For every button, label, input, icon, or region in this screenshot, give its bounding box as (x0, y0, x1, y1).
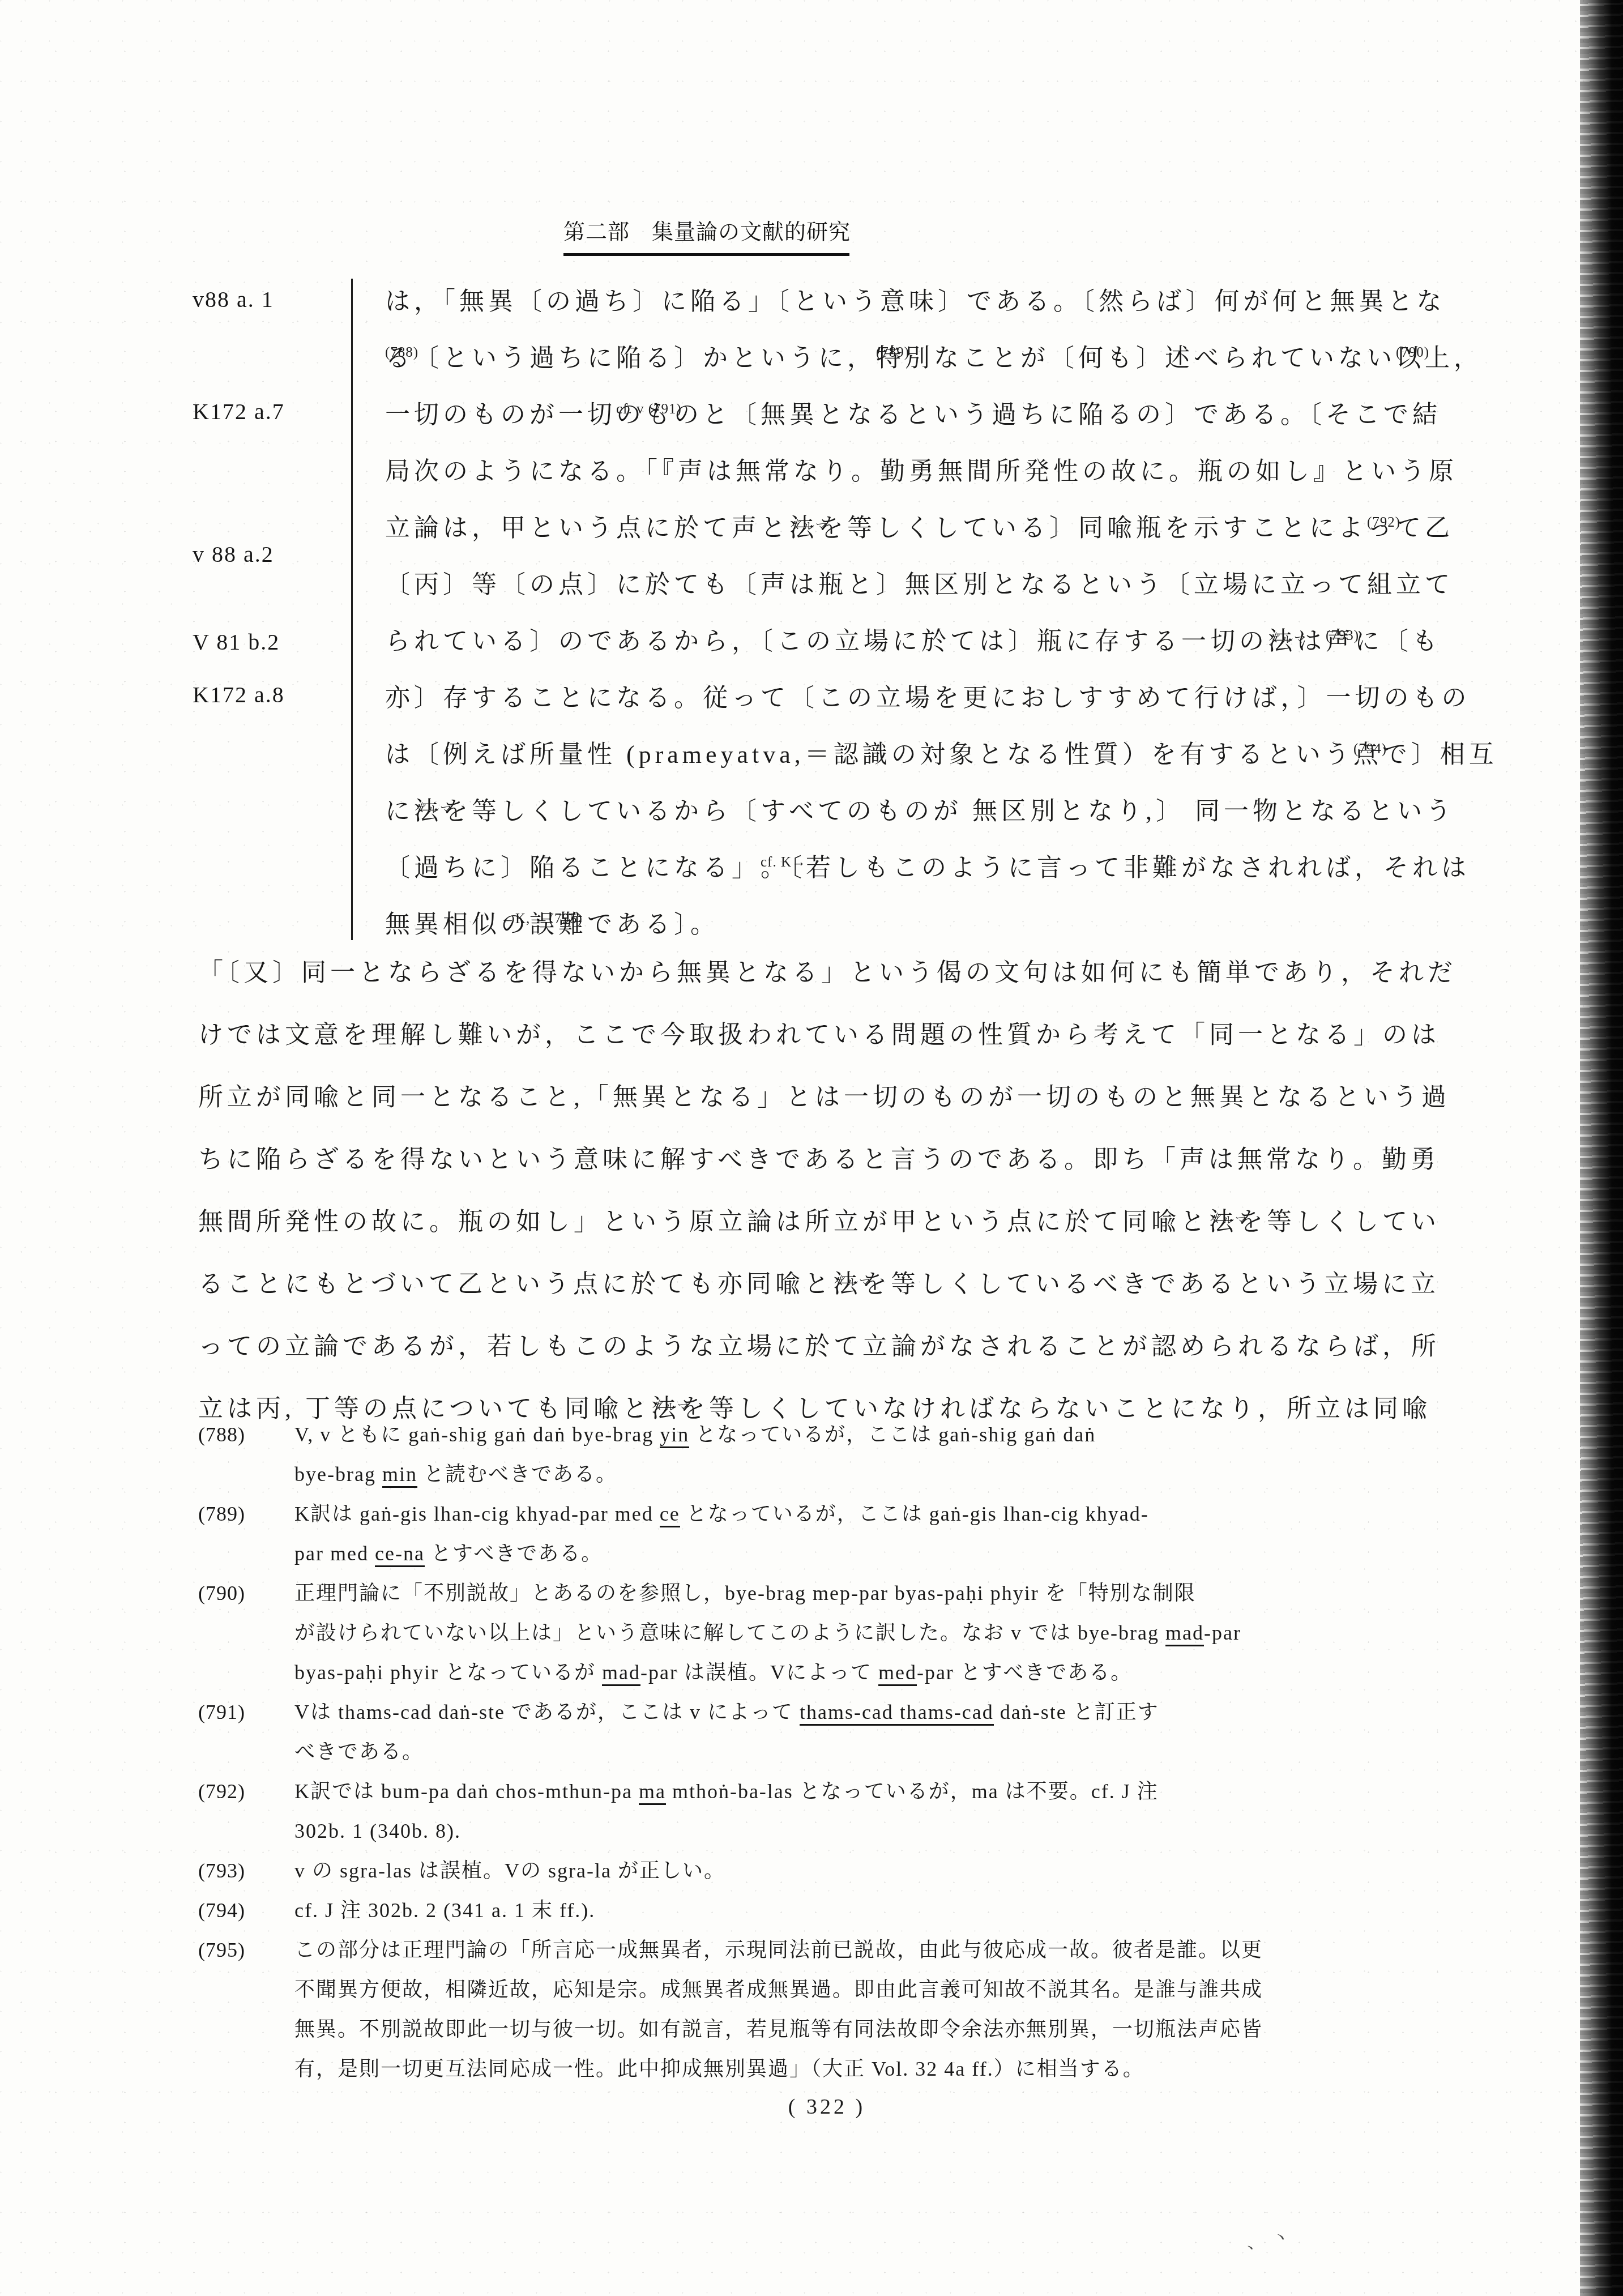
footnote-line: V, v ともに gaṅ-shig gaṅ daṅ bye-brag yin と… (294, 1415, 1096, 1454)
scan-artifact-marks: 、ヽ (1244, 2220, 1300, 2254)
quote-line: 〔過ちに〕陥ることになる」cf. K→。〔若しもこのように言って非難がなされれば… (385, 852, 1470, 884)
footnote-number: (789) (198, 1494, 294, 1573)
margin-folio-label: v88 a. 1 (193, 286, 274, 313)
underlined-term: yin (660, 1423, 689, 1448)
footnote: (791)Vは thams-cad daṅ-ste であるが，ここは v によっ… (198, 1692, 1263, 1772)
furigana-annotation: ダルマ (1268, 632, 1307, 647)
footnote-line: べきである。 (294, 1732, 1159, 1772)
quote-line: にダルマ法を等しくしているから〔すべてのものが 無区別となり,〕 同一物となると… (385, 796, 1455, 827)
furigana-annotation: ダルマ (414, 802, 453, 817)
quote-line: (788)る〔という過ちに陥る〕かというに，(789)特別なことが〔何も〕述べら… (385, 343, 1483, 374)
quote-line: 〔丙〕等〔の点〕に於ても〔声は瓶と〕無区別となるという〔立場に立って組立て (385, 569, 1454, 600)
footnote-text: V, v ともに gaṅ-shig gaṅ daṅ bye-brag yin と… (294, 1415, 1096, 1494)
footnote: (795)この部分は正理門論の「所言応一成無異者，示現同法前已説故，由此与彼応成… (198, 1930, 1263, 2089)
footnote-reference: (793) (1326, 627, 1359, 645)
footnote-number: (795) (198, 1930, 294, 2089)
footnote: (790)正理門論に「不別説故」とあるのを参照し，bye-brag mep-pa… (198, 1573, 1263, 1692)
footnotes-section: (788)V, v ともに gaṅ-shig gaṅ daṅ bye-brag … (198, 1415, 1263, 2089)
footnote-number: (794) (198, 1890, 294, 1930)
body-line: けでは文意を理解し難いが，ここで今取扱われている問題の性質から考えて「同一となる… (198, 1019, 1440, 1051)
footnote-line: par med ce-na とすべきである。 (294, 1534, 1149, 1573)
cross-reference-annotation: cf. v (791) (616, 400, 682, 418)
underlined-term: med (878, 1661, 917, 1686)
footnote-line: Vは thams-cad daṅ-ste であるが，ここは v によって tha… (294, 1692, 1159, 1732)
scanned-page: 第二部 集量論の文献的研究 v88 a. 1K172 a.7v 88 a.2V … (0, 0, 1623, 2296)
quote-line: 無異相似←K, ←(795)の誤難である〕。 (385, 909, 719, 940)
body-line: ちに陥らざるを得ないという意味に解すべきであると言うのである。即ち「声は無常なり… (198, 1144, 1440, 1175)
footnote-line: 無異。不別説故即此一切与彼一切。如有説言，若見瓶等有同法故即令余法亦無別異，一切… (294, 2009, 1263, 2049)
footnote-number: (792) (198, 1772, 294, 1851)
footnote-line: 不聞異方便故，相隣近故，応知是宗。成無異者成無異過。即由此言義可知故不説其名。是… (294, 1970, 1263, 2009)
footnote: (789)K訳は gaṅ-gis lhan-cig khyad-par med … (198, 1494, 1263, 1573)
underlined-term: ce-na (375, 1542, 425, 1567)
footnote-number: (788) (198, 1415, 294, 1494)
footnote-reference: (788) (385, 344, 418, 361)
footnote-reference: (792) (1367, 514, 1400, 531)
footnote-text: Vは thams-cad daṅ-ste であるが，ここは v によって tha… (294, 1692, 1159, 1772)
footnote-text: この部分は正理門論の「所言応一成無異者，示現同法前已説故，由此与彼応成一故。彼者… (294, 1930, 1263, 2089)
quote-line: 局次のようになる。「『声は無常なり。勤勇無間所発性の故に。瓶の如し』という原 (385, 456, 1458, 487)
margin-folio-label: v 88 a.2 (193, 541, 274, 567)
quote-line: 一切のものが一切cf. v (791)のものと〔無異となるという過ちに陥るの〕で… (385, 399, 1441, 430)
footnote-line: 正理門論に「不別説故」とあるのを参照し，bye-brag mep-par bya… (294, 1573, 1241, 1613)
footnote: (794)cf. J 注 302b. 2 (341 a. 1 末 ff.). (198, 1890, 1263, 1930)
furigana-annotation: ダルマ (651, 1399, 690, 1414)
footnote: (792)K訳では bum-pa daṅ chos-mthun-pa ma mt… (198, 1772, 1263, 1851)
quote-line: 亦〕存することになる。従って〔この立場を更におしすすめて行けば，〕一切のもの (385, 682, 1470, 714)
body-line: 所立が同喩と同一となること,「無異となる」とは一切のものが一切のものと無異となる… (198, 1082, 1450, 1113)
footnote-line: K訳では bum-pa daṅ chos-mthun-pa ma mthoṅ-b… (294, 1772, 1159, 1811)
footnote: (793)v の sgra-las は誤植。Vの sgra-la が正しい。 (198, 1851, 1263, 1890)
scan-gutter-band (1580, 0, 1623, 2296)
margin-folio-label: K172 a.8 (193, 681, 285, 708)
page-number: ( 322 ) (753, 2094, 900, 2119)
body-line: っての立論であるが，若しもこのような立場に於て立論がなされることが認められるなら… (198, 1331, 1440, 1362)
margin-folio-label: K172 a.7 (193, 398, 285, 425)
footnote-line: 302b. 1 (340b. 8). (294, 1811, 1159, 1851)
footnote-line: byas-paḥi phyir となっているが mad-par は誤植。Vによっ… (294, 1653, 1241, 1692)
footnote-text: 正理門論に「不別説故」とあるのを参照し，bye-brag mep-par bya… (294, 1573, 1241, 1692)
footnote-reference: (790) (1396, 344, 1429, 361)
footnote-number: (791) (198, 1692, 294, 1772)
footnote-text: v の sgra-las は誤植。Vの sgra-la が正しい。 (294, 1851, 725, 1890)
footnote-reference: (789) (876, 344, 909, 361)
furigana-annotation: ダルマ (1209, 1213, 1248, 1227)
footnote-line: この部分は正理門論の「所言応一成無異者，示現同法前已説故，由此与彼応成一故。彼者… (294, 1930, 1263, 1970)
underlined-term: mad (1165, 1621, 1204, 1646)
footnote-text: K訳は gaṅ-gis lhan-cig khyad-par med ce とな… (294, 1494, 1149, 1573)
footnote-line: v の sgra-las は誤植。Vの sgra-la が正しい。 (294, 1851, 725, 1890)
underlined-term: thams-cad thams-cad (800, 1701, 994, 1726)
footnote-line: bye-brag min と読むべきである。 (294, 1454, 1096, 1494)
underlined-term: mad (602, 1661, 640, 1686)
quote-line: 立論は，甲という点に於て声とダルマ法を等しくしている〕同喩瓶を示すことによ(79… (385, 513, 1454, 544)
footnote-line: K訳は gaṅ-gis lhan-cig khyad-par med ce とな… (294, 1494, 1149, 1534)
footnote-text: K訳では bum-pa daṅ chos-mthun-pa ma mthoṅ-b… (294, 1772, 1159, 1851)
underlined-term: ma (639, 1780, 666, 1805)
footnote-text: cf. J 注 302b. 2 (341 a. 1 末 ff.). (294, 1890, 595, 1930)
quote-line: は〔例えば所量性 (prameyatva,＝認識の対象となる性質）を有するという… (385, 739, 1498, 770)
body-line: 「〔又〕同一とならざるを得ないから無異となる」という偈の文句は如何にも簡単であり… (198, 957, 1457, 988)
margin-folio-label: V 81 b.2 (193, 629, 280, 655)
furigana-annotation: ダルマ (789, 519, 828, 534)
furigana-annotation: ダルマ (833, 1275, 872, 1290)
footnote-number: (793) (198, 1851, 294, 1890)
quote-line: られている〕のであるから，〔この立場に於ては〕瓶に存する一切のダルマ法は(793… (385, 626, 1441, 657)
section-title: 第二部 集量論の文献的研究 (563, 214, 849, 256)
footnote-line: が設けられていない以上は」という意味に解してこのように訳した。なお v では b… (294, 1613, 1241, 1653)
footnote: (788)V, v ともに gaṅ-shig gaṅ daṅ bye-brag … (198, 1415, 1263, 1494)
footnote-line: 有，是則一切更互法同応成一性。此中抑成無別異過」（大正 Vol. 32 4a f… (294, 2049, 1263, 2089)
footnote-number: (790) (198, 1573, 294, 1692)
underlined-term: min (382, 1463, 417, 1488)
body-line: 無間所発性の故に。瓶の如し」という原立論は所立が甲という点に於て同喩とダルマ法を… (198, 1206, 1440, 1237)
footnote-reference: (794) (1353, 740, 1387, 758)
body-line: ることにもとづいて乙という点に於ても亦同喩とダルマ法を等しくしているべきであると… (198, 1269, 1440, 1300)
underlined-term: ce (660, 1503, 680, 1527)
footnote-line: cf. J 注 302b. 2 (341 a. 1 末 ff.). (294, 1890, 595, 1930)
quote-margin-rule (351, 279, 353, 940)
cross-reference-annotation: ←K, ←(795) (501, 910, 583, 928)
cross-reference-annotation: cf. K→ (761, 853, 806, 871)
quote-line: は，「無異〔の過ち〕に陥る」〔という意味〕である。〔然らば〕何が何と無異とな (385, 286, 1445, 317)
